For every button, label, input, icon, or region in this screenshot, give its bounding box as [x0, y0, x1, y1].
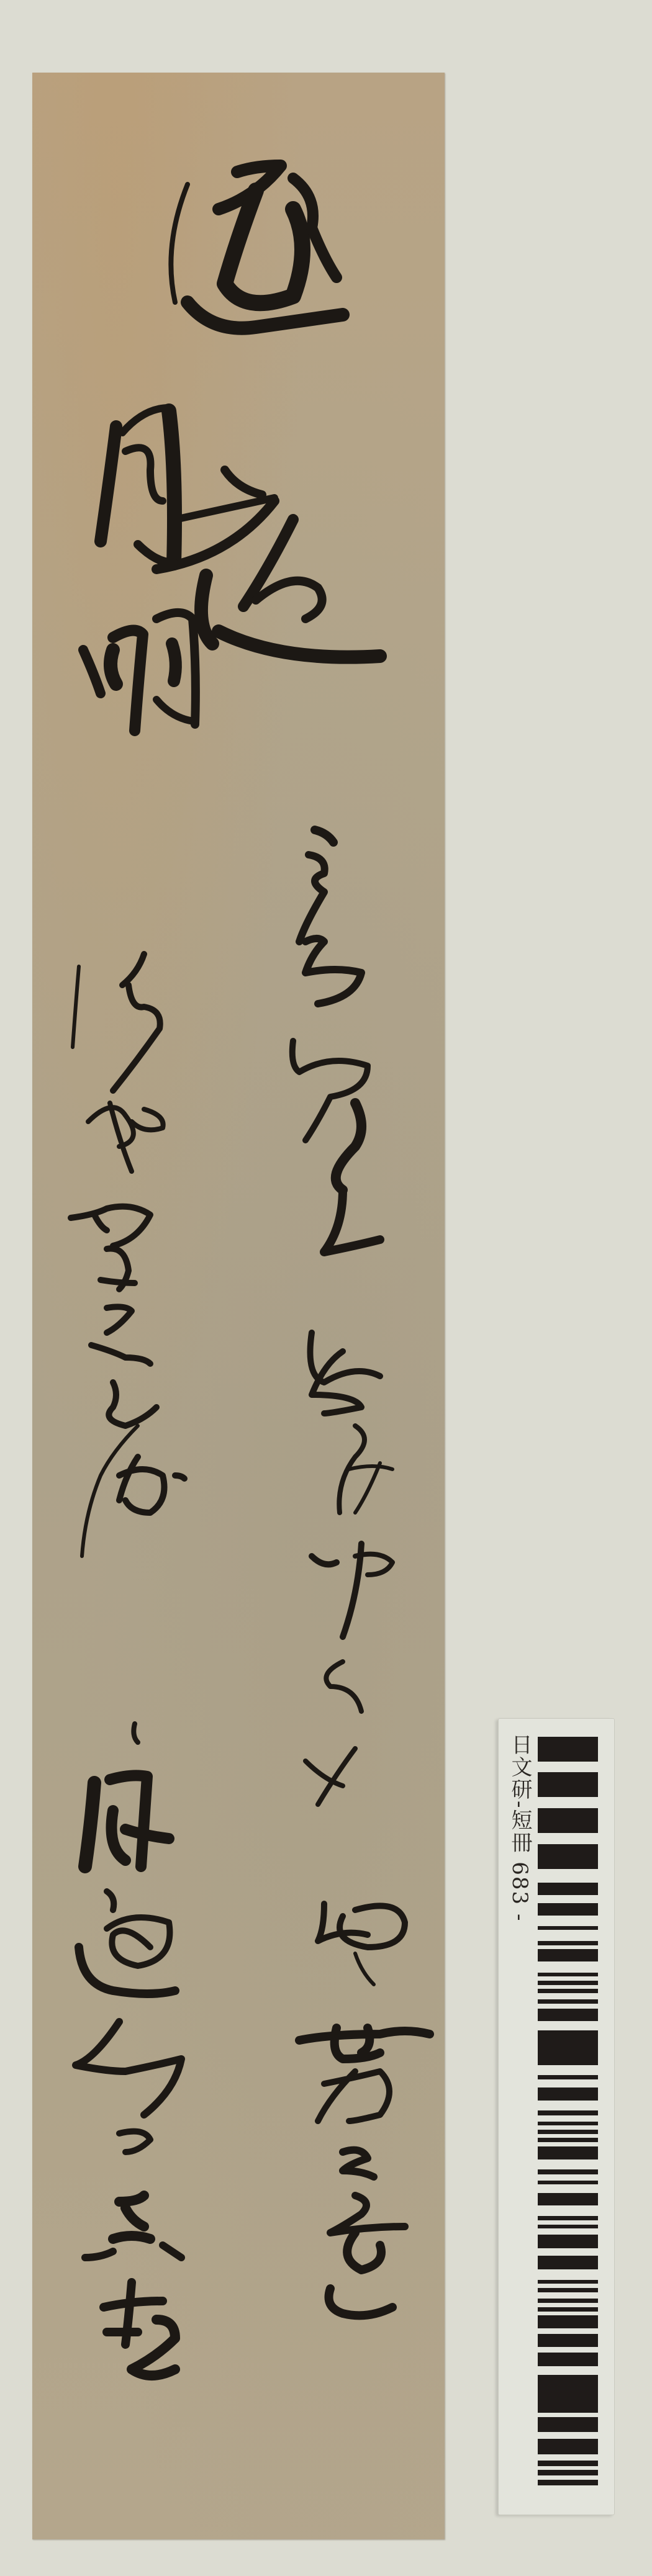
barcode-bar — [538, 2009, 598, 2021]
barcode-bar — [538, 2075, 598, 2079]
barcode-bar — [538, 2138, 598, 2142]
title-char-yo — [171, 166, 343, 328]
barcode-bar — [538, 1737, 598, 1762]
catalog-number-text: 日文研-短冊 683 - — [507, 1734, 532, 1922]
barcode-bar — [538, 2439, 598, 2454]
poem-column-left — [71, 954, 184, 2376]
barcode-bar — [538, 1941, 598, 1945]
barcode-bar — [538, 1973, 598, 1976]
barcode-bar — [538, 2130, 598, 2134]
poem-column-right — [292, 830, 430, 2315]
barcode-bar — [538, 2353, 598, 2366]
barcode-bar — [538, 1999, 598, 2004]
barcode-bar — [538, 2315, 598, 2328]
barcode-bar — [538, 2052, 598, 2065]
barcode-bar — [538, 2288, 598, 2292]
barcode-bar — [538, 2169, 598, 2174]
barcode-bar — [538, 2193, 598, 2205]
barcode-bar — [538, 2280, 598, 2284]
barcode-bar — [538, 2299, 598, 2303]
barcode-bar — [538, 2398, 598, 2413]
barcode-bar — [538, 2375, 598, 2398]
barcode-bar — [538, 2087, 598, 2101]
calligraphy-ink — [32, 73, 445, 2539]
barcode-bar — [538, 2216, 598, 2220]
barcode-bar — [538, 2307, 598, 2312]
barcode-label: 日文研-短冊 683 - — [498, 1718, 615, 2515]
barcode-bar — [538, 1989, 598, 1993]
barcode-bar — [538, 2480, 598, 2485]
barcode-bar — [538, 2235, 598, 2248]
barcode-bar — [538, 2334, 598, 2347]
barcode-bar — [538, 1883, 598, 1895]
barcode-bar — [538, 2122, 598, 2125]
barcode-bar — [538, 2461, 598, 2466]
barcode-bar — [538, 1808, 598, 1833]
barcode-bar — [538, 2256, 598, 2269]
barcode-bar — [538, 1949, 598, 1961]
barcode-bar — [538, 2417, 598, 2432]
barcode-bar — [538, 2146, 598, 2159]
tanzaku-poem-card — [32, 73, 445, 2539]
barcode-bar — [538, 2030, 598, 2052]
title-char-aki — [83, 613, 196, 731]
barcode-bar — [538, 1981, 598, 1985]
barcode-bar — [538, 1926, 598, 1930]
title-char-tsuki — [101, 408, 174, 563]
barcode-bar — [538, 2110, 598, 2115]
barcode-bar — [538, 1903, 598, 1916]
barcode-bar — [538, 2225, 598, 2228]
barcode-bar — [538, 1844, 598, 1869]
barcode-bar — [538, 2181, 598, 2184]
barcode-bar — [538, 1772, 598, 1797]
barcode-bar — [538, 2470, 598, 2475]
